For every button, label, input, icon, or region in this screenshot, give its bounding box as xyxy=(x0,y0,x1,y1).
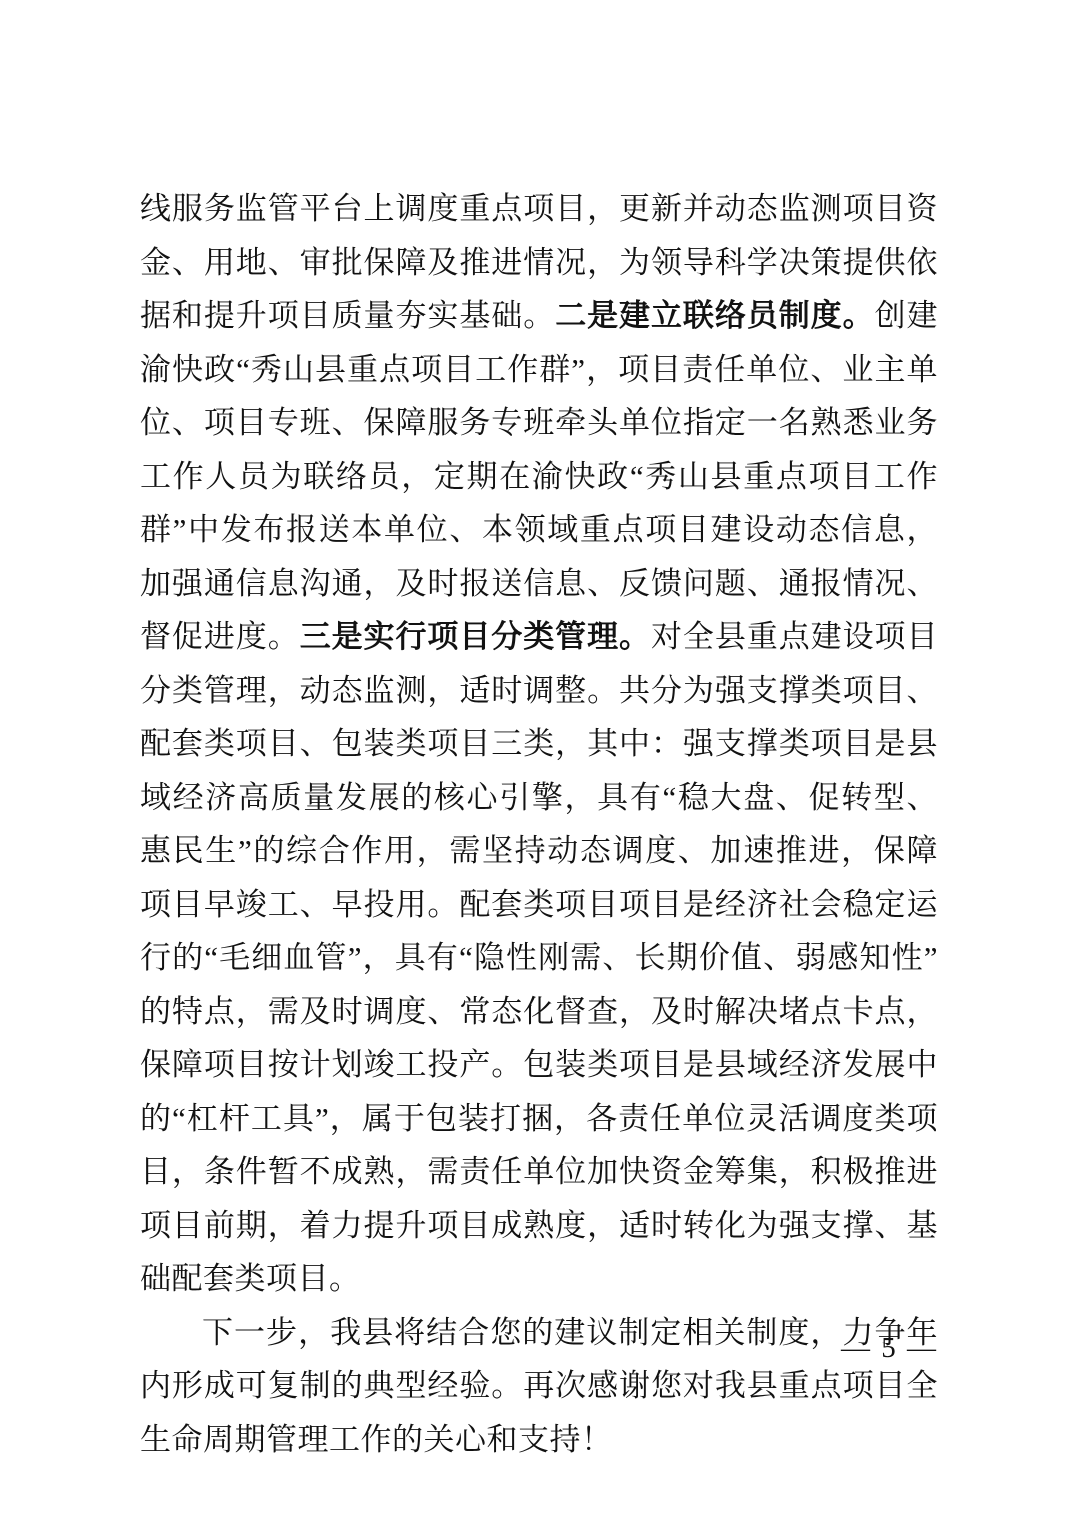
bold-heading-run-second-measure: 二是建立联络员制度。 xyxy=(555,298,874,333)
document-body: 线服务监管平台上调度重点项目，更新并动态监测项目资金、用地、审批保障及推进情况，… xyxy=(140,182,938,1466)
bold-heading-run-third-measure: 三是实行项目分类管理。 xyxy=(300,619,651,654)
paragraph-closing: 下一步，我县将结合您的建议制定相关制度，力争年内形成可复制的典型经验。再次感谢您… xyxy=(140,1306,938,1467)
page-number: — 5 — xyxy=(841,1330,938,1366)
body-text-run: 创建渝快政“秀山县重点项目工作群”，项目责任单位、业主单位、项目专班、保障服务专… xyxy=(140,298,938,654)
page-number-label: — 5 — xyxy=(841,1332,938,1364)
body-text-run: 对全县重点建设项目分类管理，动态监测，适时调整。共分为强支撑类项目、配套类项目、… xyxy=(140,619,938,1296)
paragraph-main: 线服务监管平台上调度重点项目，更新并动态监测项目资金、用地、审批保障及推进情况，… xyxy=(140,182,938,1306)
body-text-run: 下一步，我县将结合您的建议制定相关制度，力争年内形成可复制的典型经验。再次感谢您… xyxy=(140,1315,938,1457)
document-page: 线服务监管平台上调度重点项目，更新并动态监测项目资金、用地、审批保障及推进情况，… xyxy=(0,0,1074,1520)
